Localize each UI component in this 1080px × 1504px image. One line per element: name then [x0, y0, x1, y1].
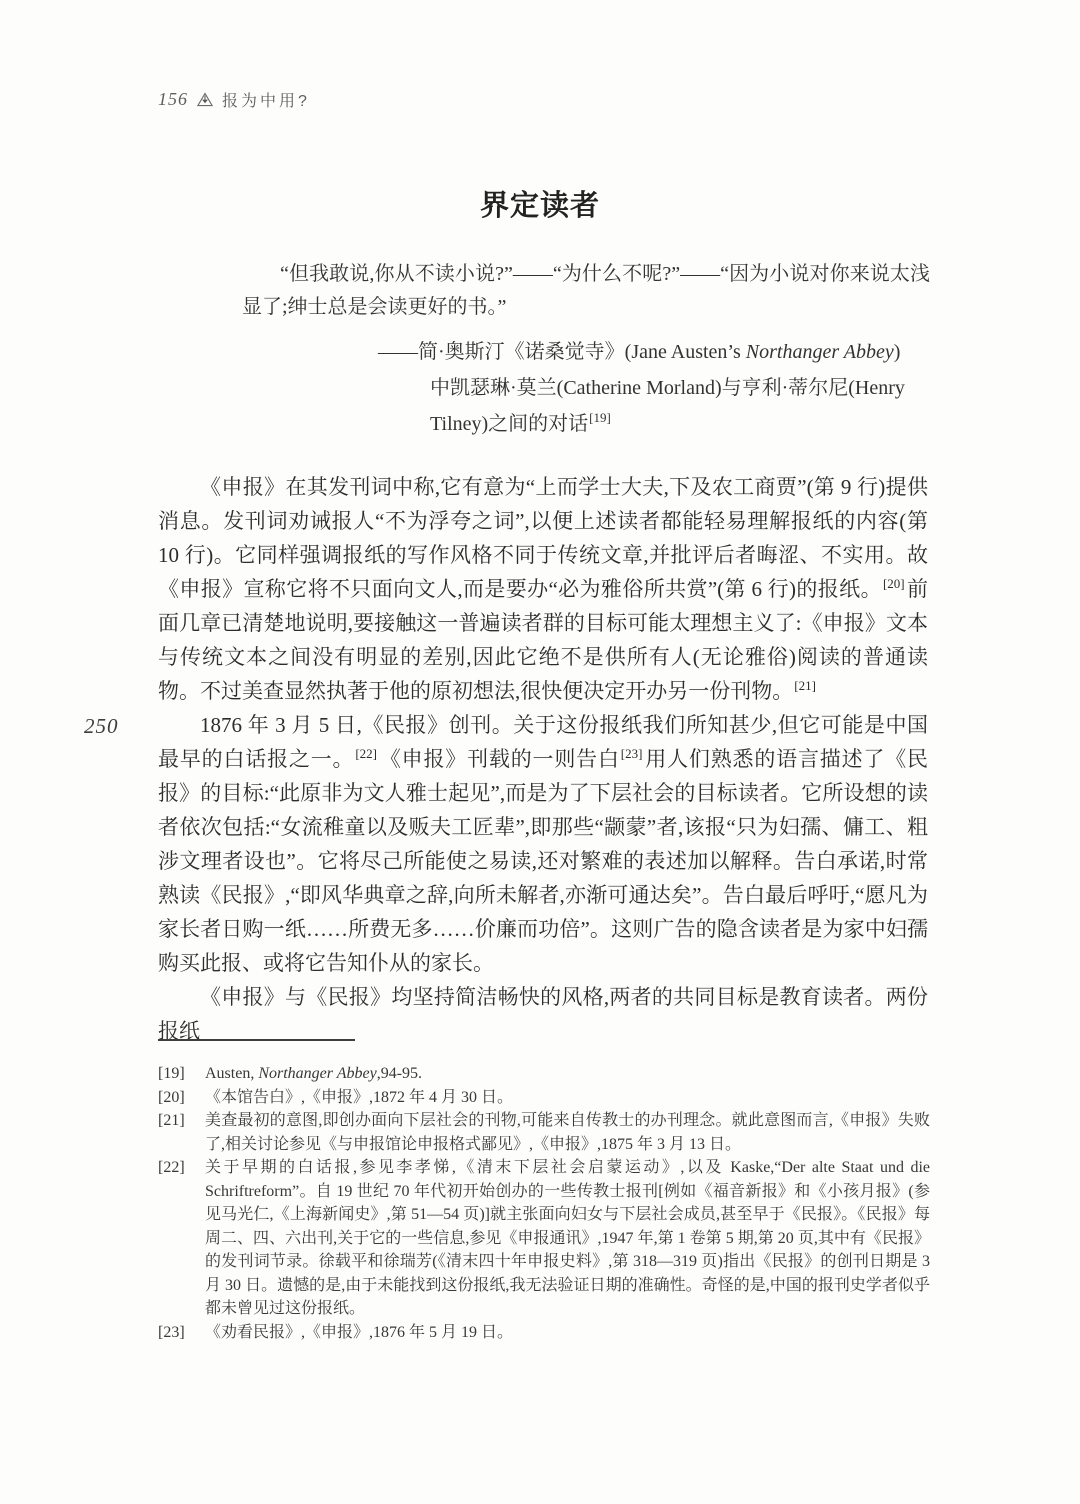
footnote-label: [22]: [158, 1156, 185, 1180]
footnote-text: 《本馆告白》,《申报》,1872 年 4 月 30 日。: [205, 1089, 513, 1106]
footnote-ref-22: [22]: [355, 746, 377, 761]
paragraph-text: 《申报》刊载的一则告白: [379, 747, 620, 771]
footnote-divider: [158, 1039, 355, 1041]
footnote-19: [19] Austen, Northanger Abbey,94-95.: [158, 1062, 930, 1086]
footnote-segment: ,94-95.: [377, 1065, 422, 1082]
paragraph-text: 《申报》在其发刊词中称,它有意为“上而学士大夫,下及农工商贾”(第 9 行)提供…: [158, 475, 928, 601]
footnote-20: [20] 《本馆告白》,《申报》,1872 年 4 月 30 日。: [158, 1086, 930, 1110]
footnote-work-title: Northanger Abbey: [254, 1065, 376, 1082]
running-header: 156 报为中用?: [158, 88, 310, 111]
triangle-ornament-icon: [197, 92, 213, 107]
footnote-ref-23: [23]: [621, 746, 643, 761]
attribution-text: ——简·奥斯汀《诺桑觉寺》(Jane Austen’s: [378, 341, 746, 363]
paragraph-3: 《申报》与《民报》均坚持简洁畅快的风格,两者的共同目标是教育读者。两份报纸: [158, 980, 928, 1048]
footnote-23: [23] 《劝看民报》,《申报》,1876 年 5 月 19 日。: [158, 1321, 930, 1345]
footnote-segment: Austen,: [205, 1065, 254, 1082]
footnote-21: [21] 美查最初的意图,即创办面向下层社会的刊物,可能来自传教士的办刊理念。就…: [158, 1109, 930, 1156]
paragraph-2: 1876 年 3 月 5 日,《民报》创刊。关于这份报纸我们所知甚少,但它可能是…: [158, 708, 928, 980]
footnote-text: Austen, Northanger Abbey,94-95.: [205, 1065, 422, 1082]
footnote-label: [23]: [158, 1321, 185, 1345]
footnote-label: [19]: [158, 1062, 185, 1086]
margin-page-ref: 250: [84, 714, 119, 739]
book-page: 156 报为中用? 界定读者 “但我敢说,你从不读小说?”——“为什么不呢?”—…: [0, 0, 1080, 1504]
footnotes: [19] Austen, Northanger Abbey,94-95. [20…: [158, 1062, 930, 1344]
footnote-label: [21]: [158, 1109, 185, 1133]
body-text: 《申报》在其发刊词中称,它有意为“上而学士大夫,下及农工商贾”(第 9 行)提供…: [158, 470, 928, 1048]
footnote-22: [22] 关于早期的白话报,参见李孝悌,《清末下层社会启蒙运动》,以及 Kask…: [158, 1156, 930, 1321]
page-number: 156: [158, 89, 188, 110]
footnote-ref-20: [20]: [883, 576, 905, 591]
epigraph-attribution: ——简·奥斯汀《诺桑觉寺》(Jane Austen’s Northanger A…: [378, 334, 910, 442]
section-title: 界定读者: [0, 183, 1080, 224]
footnote-text: 《劝看民报》,《申报》,1876 年 5 月 19 日。: [205, 1324, 513, 1341]
paragraph-text: 用人们熟悉的语言描述了《民报》的目标:“此原非为文人雅士起见”,而是为了下层社会…: [158, 747, 928, 975]
footnote-ref-21: [21]: [794, 678, 816, 693]
paragraph-text: 《申报》与《民报》均坚持简洁畅快的风格,两者的共同目标是教育读者。两份报纸: [158, 985, 928, 1043]
footnote-label: [20]: [158, 1086, 185, 1110]
footnote-text: 美查最初的意图,即创办面向下层社会的刊物,可能来自传教士的办刊理念。就此意图而言…: [205, 1112, 930, 1153]
footnote-ref-19: [19]: [589, 410, 611, 425]
epigraph-quote: “但我敢说,你从不读小说?”——“为什么不呢?”——“因为小说对你来说太浅显了;…: [242, 258, 930, 324]
paragraph-1: 《申报》在其发刊词中称,它有意为“上而学士大夫,下及农工商贾”(第 9 行)提供…: [158, 470, 928, 708]
attribution-work-title: Northanger Abbey: [746, 341, 894, 363]
footnote-text: 关于早期的白话报,参见李孝悌,《清末下层社会启蒙运动》,以及 Kaske,“De…: [205, 1159, 930, 1317]
running-header-title: 报为中用?: [222, 88, 310, 111]
